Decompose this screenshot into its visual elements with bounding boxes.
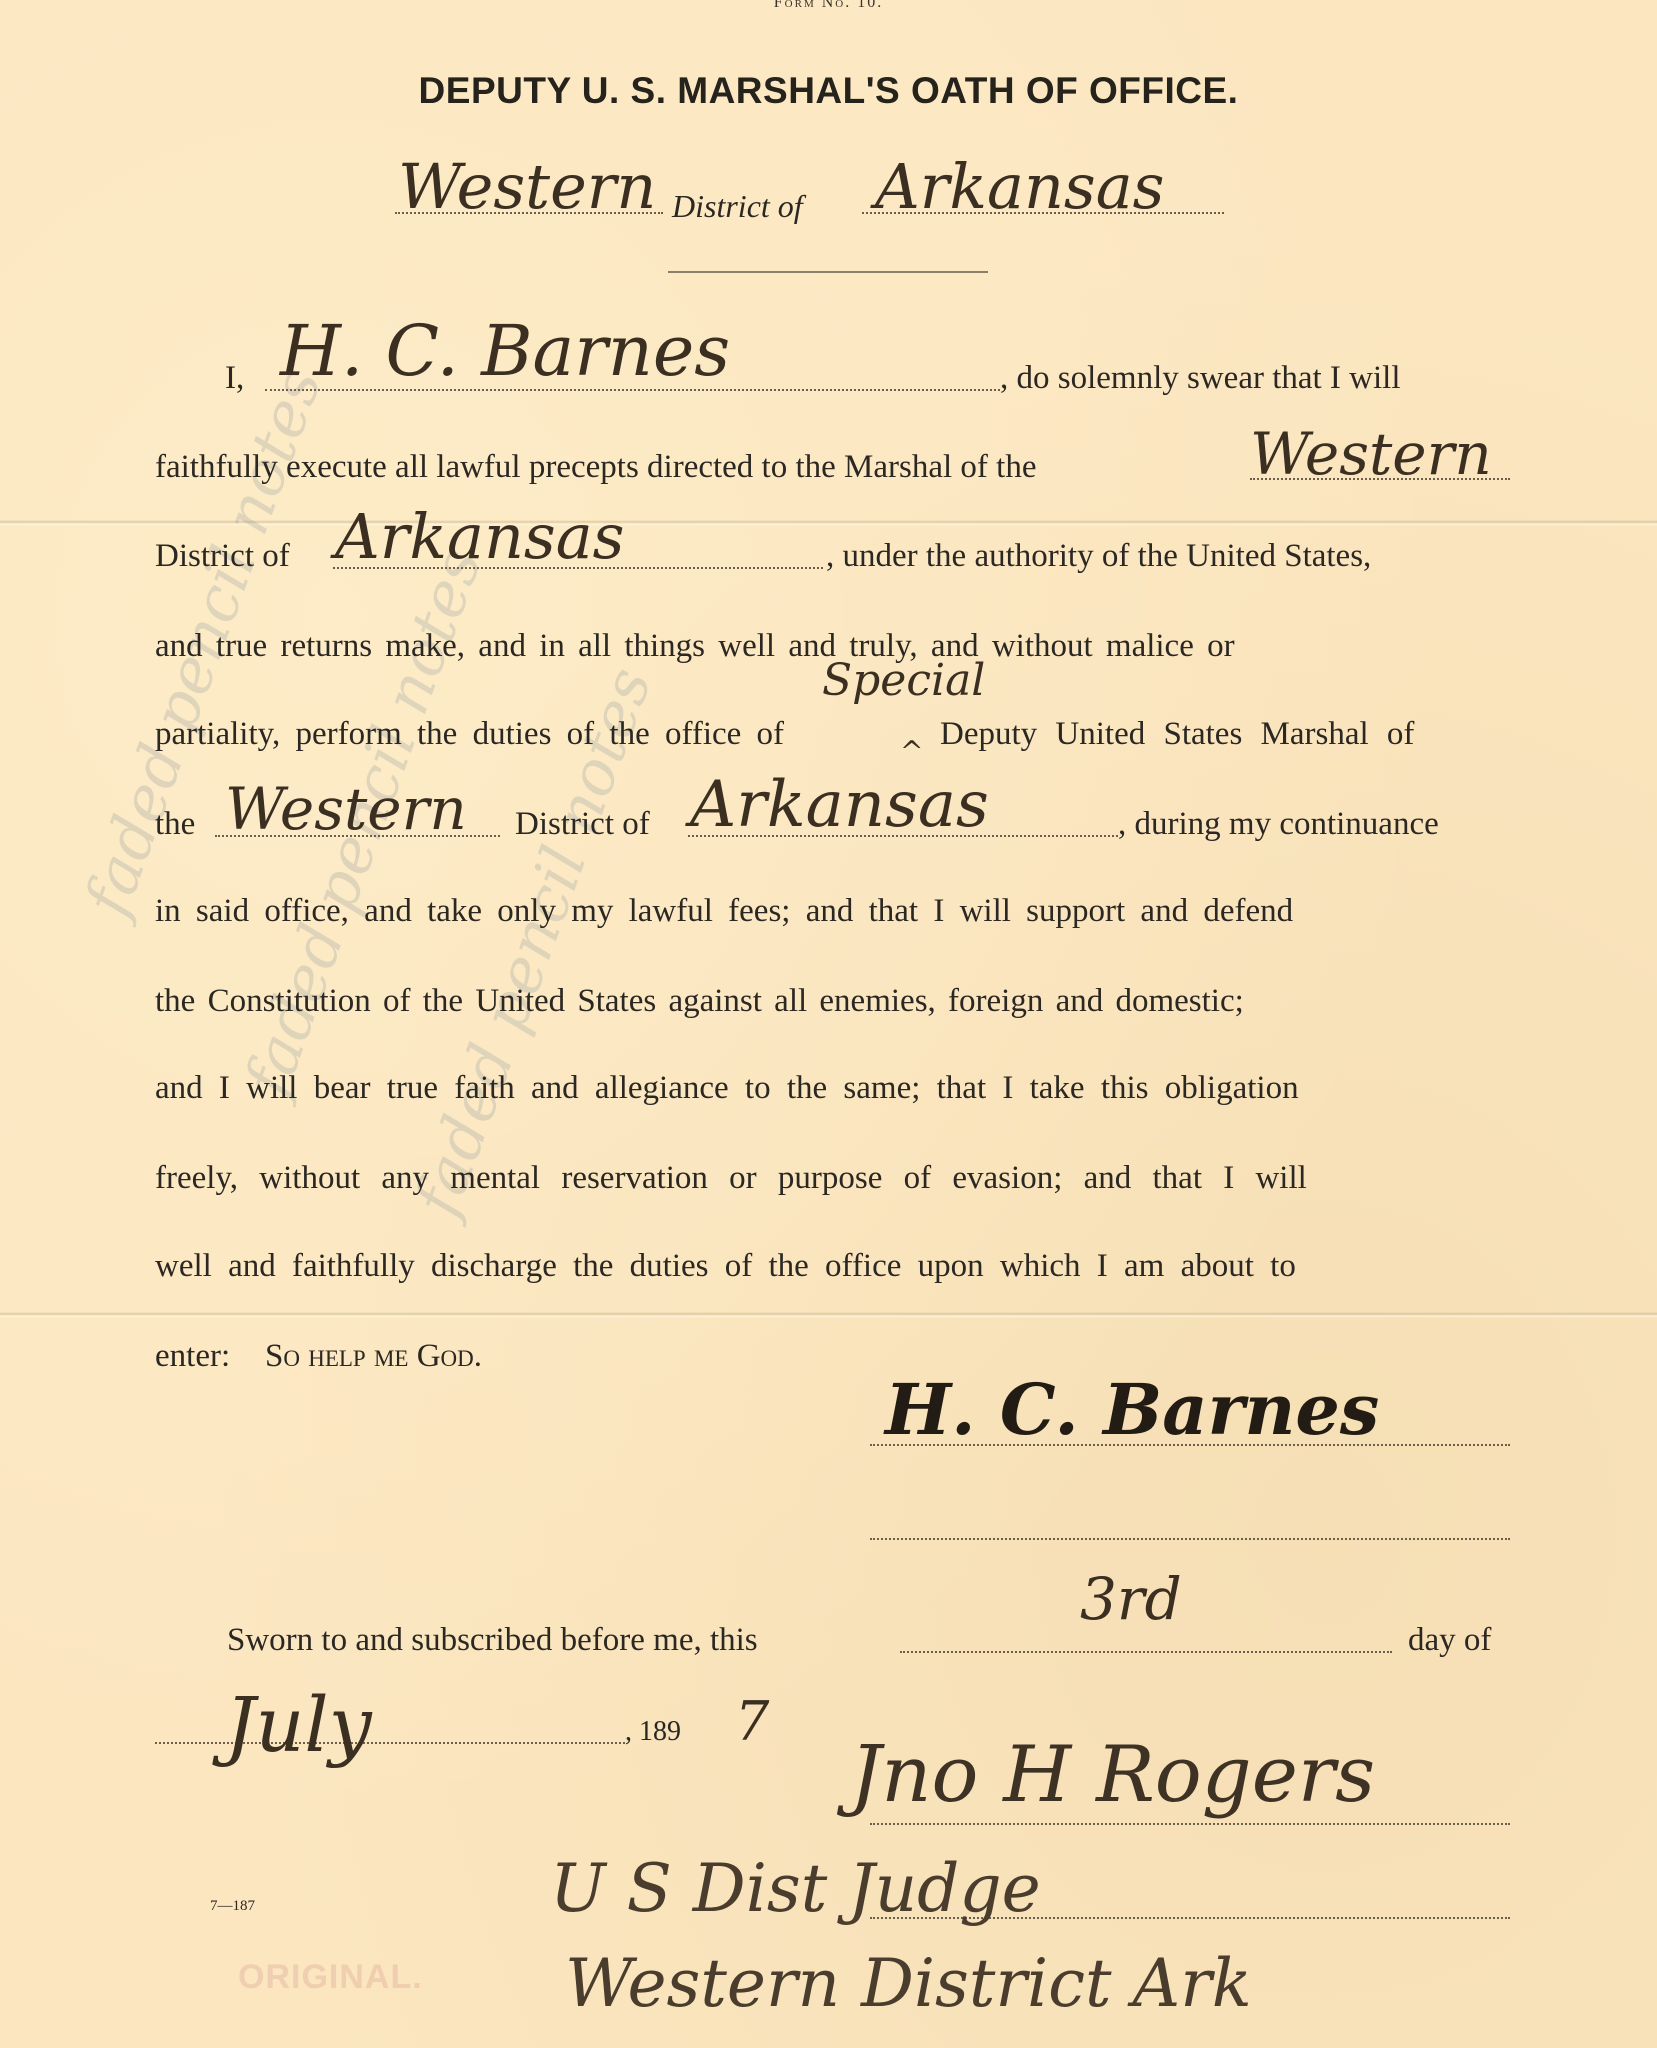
state-handwritten: Arkansas [875,150,1164,223]
oath-text: the [155,806,195,843]
district-handwritten: Western [225,775,467,843]
jurat-text: Sworn to and subscribed before me, this [227,1622,758,1659]
oath-text: , under the authority of the United Stat… [826,538,1371,575]
oath-text: District of [155,538,290,575]
oath-text: enter: [155,1338,230,1375]
document-title: DEPUTY U. S. MARSHAL'S OATH OF OFFICE. [0,70,1657,112]
day-handwritten: 3rd [1080,1565,1182,1633]
oath-text: freely, without any mental reservation o… [155,1160,1307,1197]
year-prefix: , 189 [625,1716,681,1748]
month-handwritten: July [225,1680,372,1769]
day-blank [900,1651,1392,1653]
signature-line [870,1444,1510,1446]
oath-text: , do solemnly swear that I will [1000,360,1401,397]
oath-text: the Constitution of the United States ag… [155,983,1244,1020]
oath-text: I, [225,360,244,397]
officer-signature-line [870,1823,1510,1825]
special-insert-handwritten: Special [822,655,985,706]
divider-rule [668,271,988,273]
oath-text: District of [515,806,650,843]
oath-text: well and faithfully discharge the duties… [155,1248,1296,1285]
officer-signature: Jno H Rogers [850,1730,1375,1820]
affiant-signature: H. C. Barnes [885,1368,1379,1451]
oath-text: , during my continuance [1118,806,1439,843]
year-digit-handwritten: 7 [735,1690,769,1753]
oath-text: faithfully execute all lawful precepts d… [155,449,1036,486]
jurat-text: day of [1408,1622,1491,1659]
state-handwritten: Arkansas [690,768,989,842]
oath-text: and I will bear true faith and allegianc… [155,1070,1299,1107]
oath-text: partiality, perform the duties of the of… [155,716,784,753]
officer-title-handwritten: U S Dist Judge [550,1850,1041,1927]
oath-closing: So help me God. [265,1338,482,1375]
district-handwritten: Western [1250,420,1492,488]
oath-text: Deputy United States Marshal of [940,716,1414,753]
name-handwritten: H. C. Barnes [280,310,730,392]
paper-fold-crease [0,1312,1657,1318]
insertion-caret: ^ [900,735,923,768]
signature-line [870,1538,1510,1540]
form-number: Form No. 10. [0,0,1657,12]
form-code: 7—187 [210,1898,255,1915]
oath-text: in said office, and take only my lawful … [155,893,1293,930]
oath-text: and true returns make, and in all things… [155,628,1235,665]
original-stamp: ORIGINAL. [238,1958,423,1997]
state-handwritten: Arkansas [335,500,624,573]
district-label: District of [672,188,803,225]
officer-district-handwritten: Western District Ark [565,1945,1252,2022]
district-handwritten: Western [398,150,656,223]
